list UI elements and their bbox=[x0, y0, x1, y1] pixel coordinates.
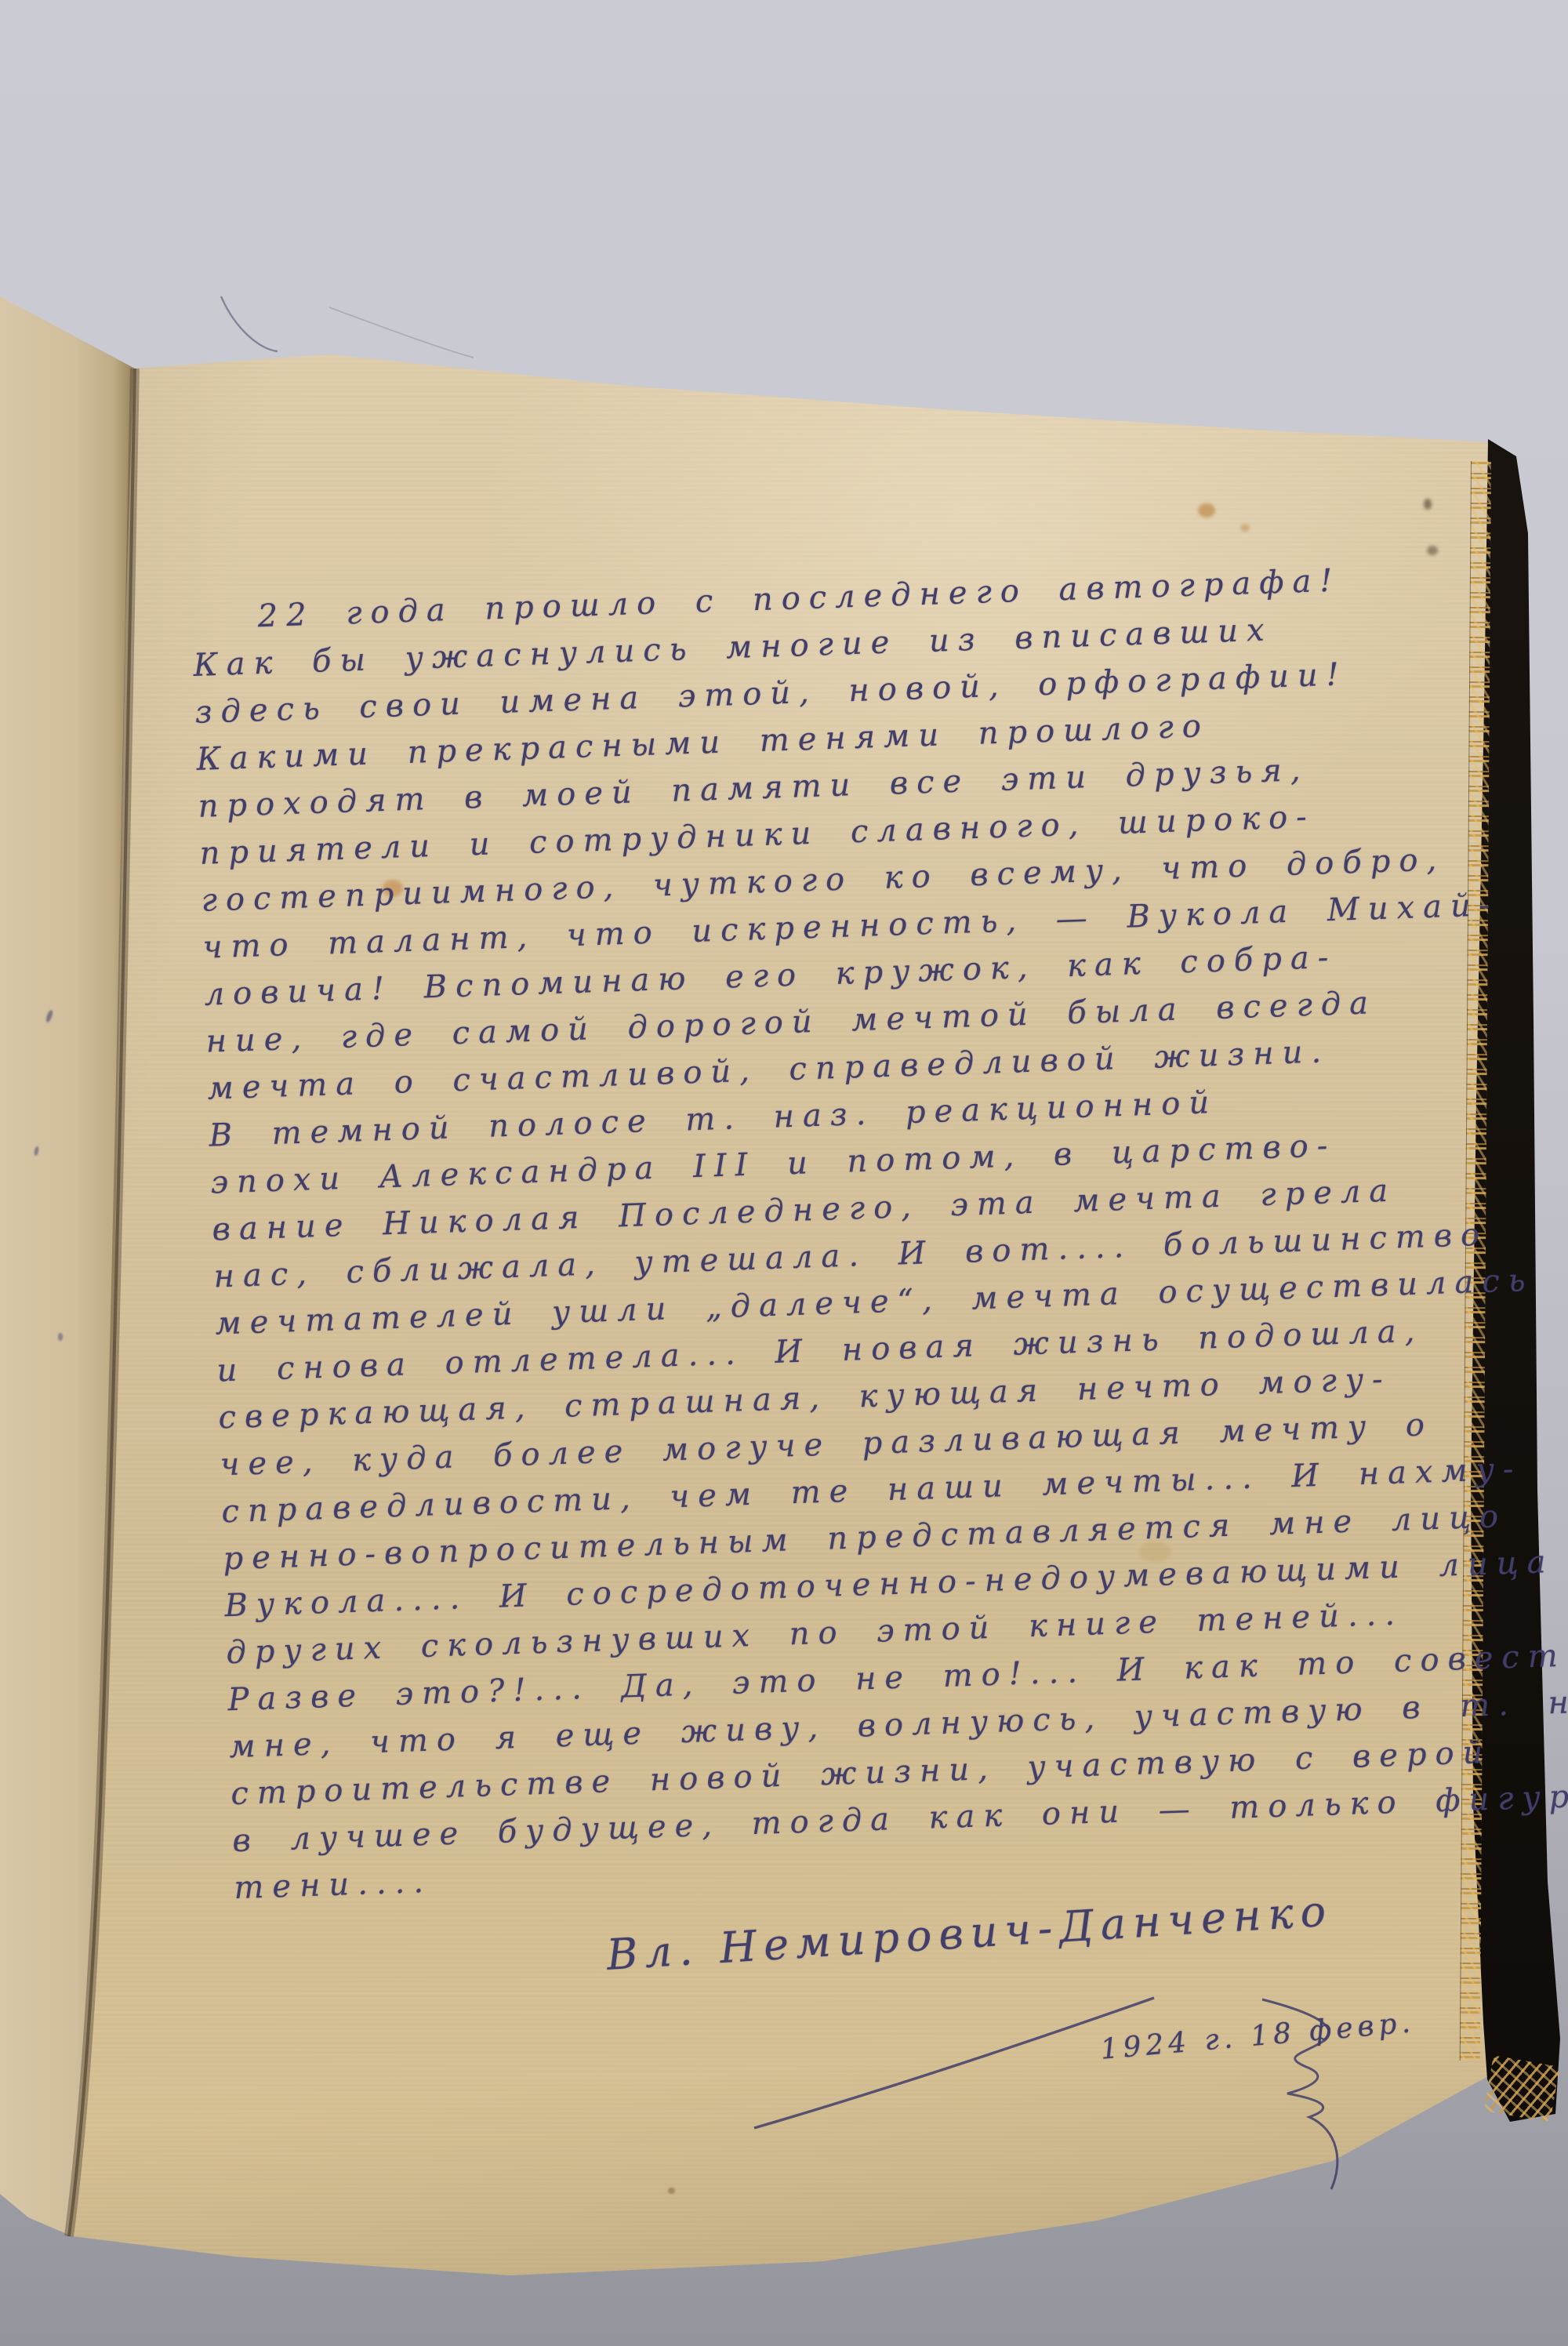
gilt-ornament-corner bbox=[1483, 2055, 1559, 2123]
ink-speck bbox=[58, 1333, 63, 1341]
ink-speck bbox=[1424, 499, 1432, 510]
foxing-spot bbox=[1240, 524, 1250, 532]
handwritten-text: 22 года прошло с последнего автографа!Ка… bbox=[191, 557, 1536, 1917]
foxing-spot bbox=[1198, 503, 1215, 517]
stray-fiber bbox=[329, 307, 474, 358]
stray-fiber bbox=[221, 296, 278, 351]
foxing-spot bbox=[668, 2188, 675, 2194]
ink-speck bbox=[1427, 546, 1438, 555]
photo-of-open-book: 22 года прошло с последнего автографа!Ка… bbox=[0, 0, 1568, 2346]
